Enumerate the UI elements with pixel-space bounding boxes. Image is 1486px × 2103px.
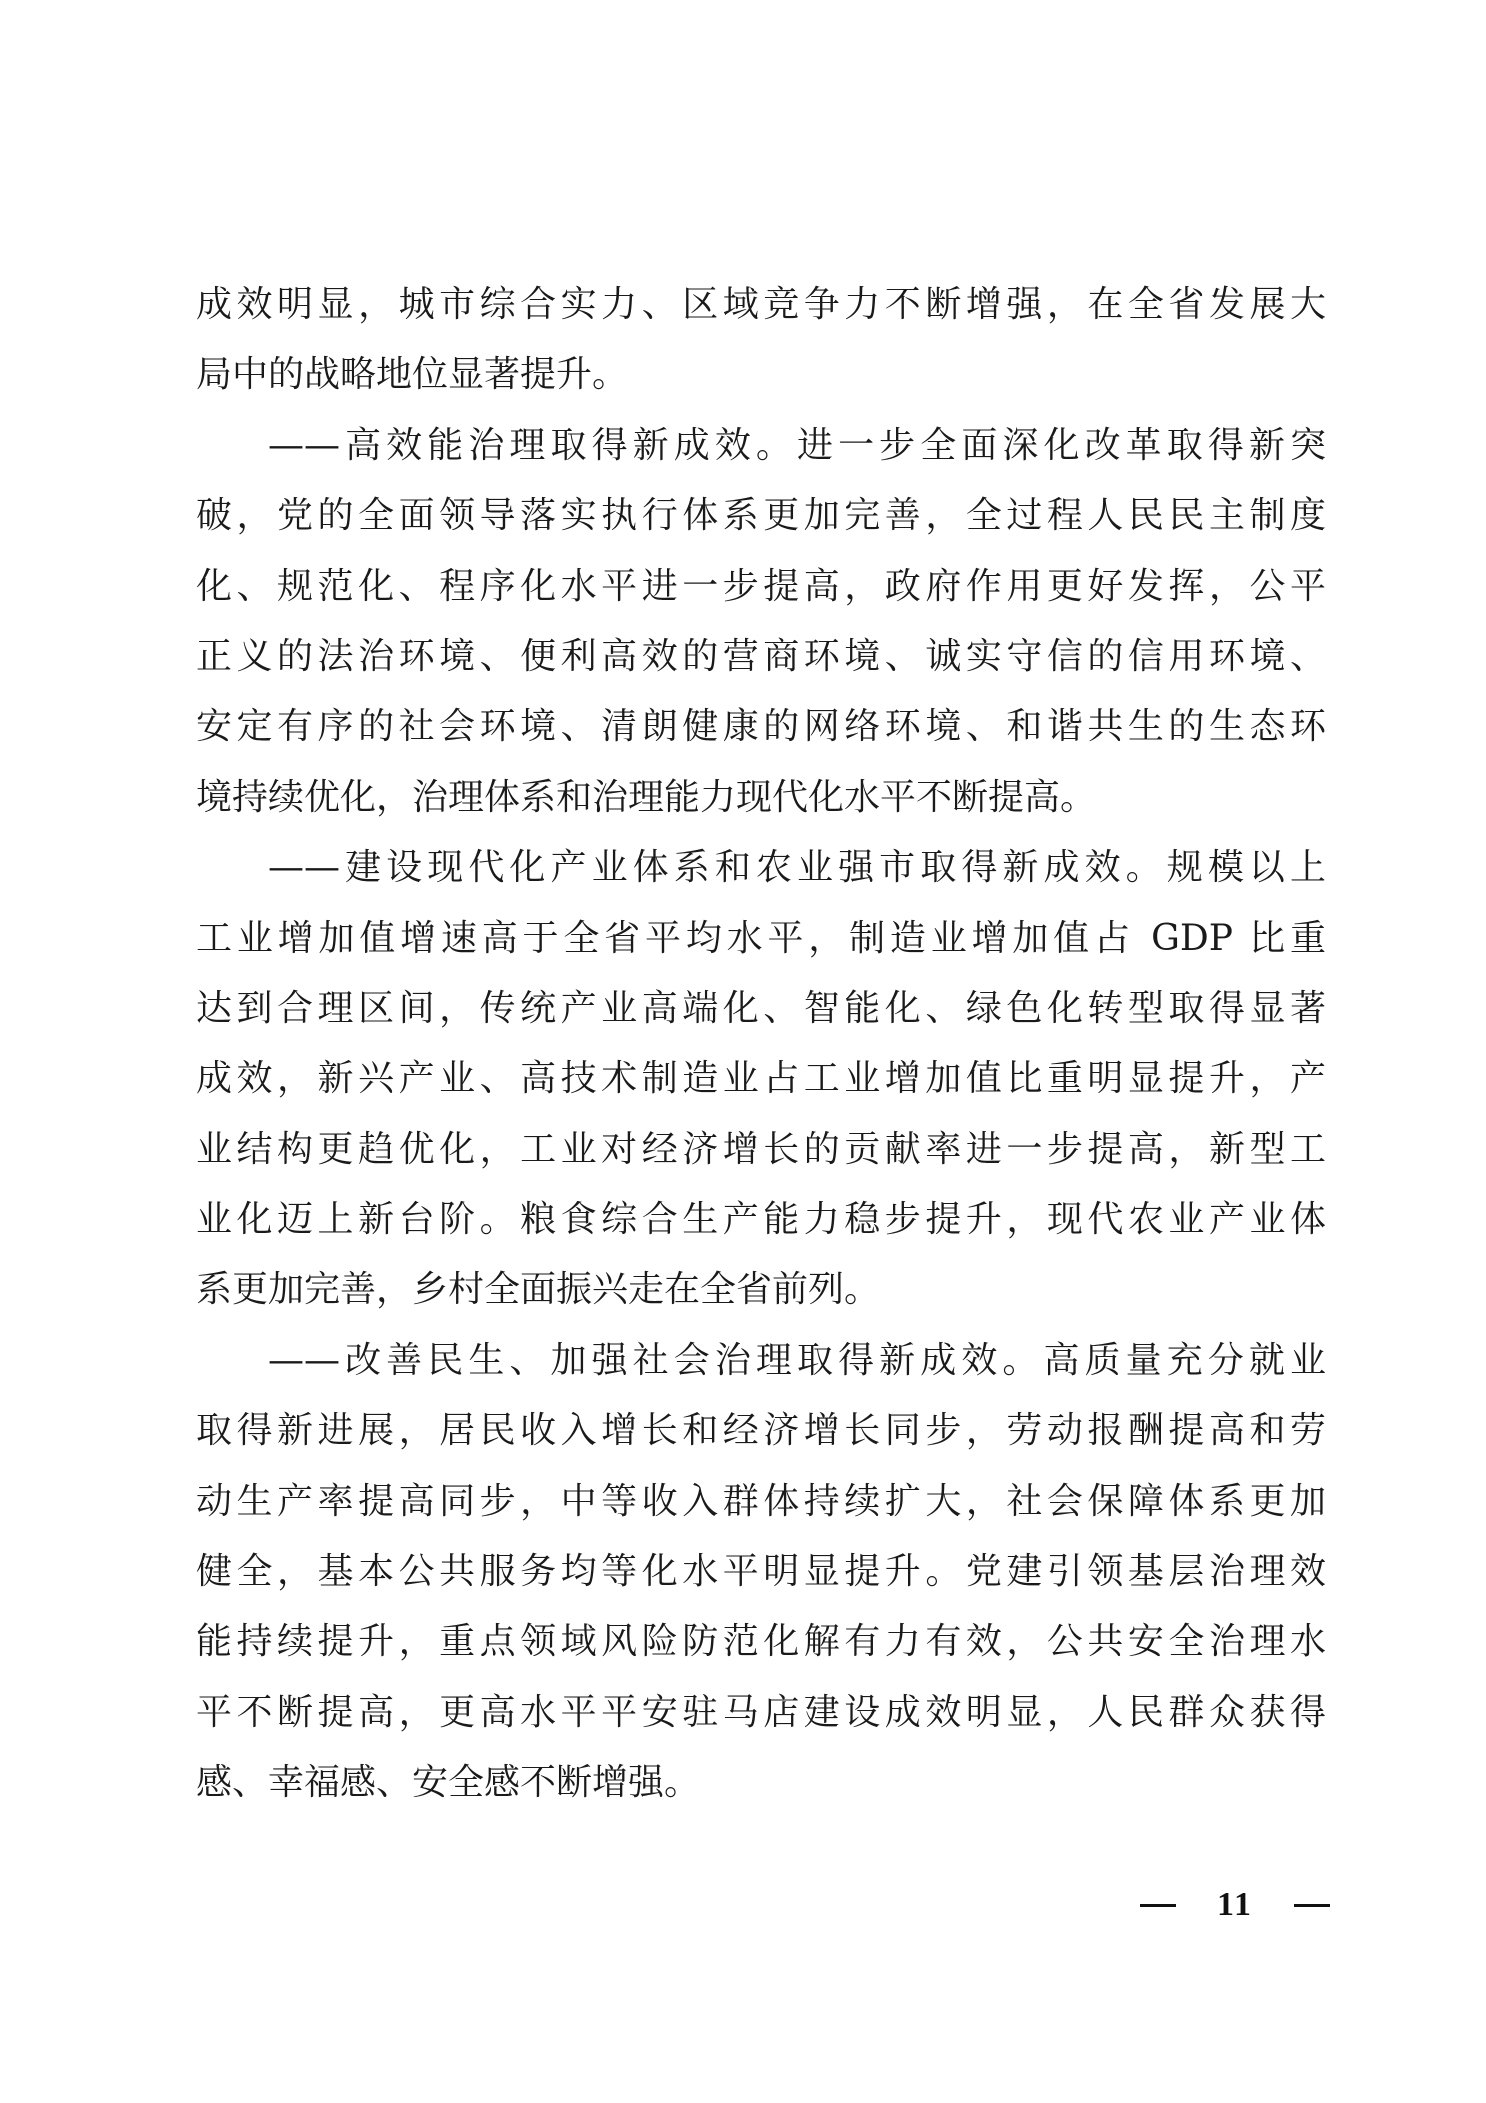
text-line: 健全，基本公共服务均等化水平明显提升。党建引领基层治理效 (196, 1543, 1326, 1613)
text-line: 取得新进展，居民收入增长和经济增长同步，劳动报酬提高和劳 (196, 1402, 1326, 1472)
text-line: 业化迈上新台阶。粮食综合生产能力稳步提升，现代农业产业体 (196, 1191, 1326, 1261)
text-line: 动生产率提高同步，中等收入群体持续扩大，社会保障体系更加 (196, 1473, 1326, 1543)
page-number: 11 (1217, 1886, 1253, 1924)
text-line: 工业增加值增速高于全省平均水平，制造业增加值占 GDP 比重 (196, 910, 1326, 980)
document-body: 成效明显，城市综合实力、区域竞争力不断增强，在全省发展大 局中的战略地位显著提升… (196, 276, 1326, 1825)
text-line: 达到合理区间，传统产业高端化、智能化、绿色化转型取得显著 (196, 980, 1326, 1050)
text-line-section-heading: ——改善民生、加强社会治理取得新成效。高质量充分就业 (196, 1332, 1326, 1402)
text-line: 局中的战略地位显著提升。 (196, 346, 1326, 416)
page-footer: 11 (1140, 1886, 1330, 1924)
document-page: 成效明显，城市综合实力、区域竞争力不断增强，在全省发展大 局中的战略地位显著提升… (0, 0, 1486, 2103)
text-line: 破，党的全面领导落实执行体系更加完善，全过程人民民主制度 (196, 487, 1326, 557)
text-line: 正义的法治环境、便利高效的营商环境、诚实守信的信用环境、 (196, 628, 1326, 698)
text-line: 境持续优化，治理体系和治理能力现代化水平不断提高。 (196, 769, 1326, 839)
text-line: 感、幸福感、安全感不断增强。 (196, 1754, 1326, 1824)
text-line-section-heading: ——高效能治理取得新成效。进一步全面深化改革取得新突 (196, 417, 1326, 487)
text-line: 成效明显，城市综合实力、区域竞争力不断增强，在全省发展大 (196, 276, 1326, 346)
text-line-section-heading: ——建设现代化产业体系和农业强市取得新成效。规模以上 (196, 839, 1326, 909)
dash-right-icon (1294, 1904, 1330, 1907)
text-line: 化、规范化、程序化水平进一步提高，政府作用更好发挥，公平 (196, 558, 1326, 628)
text-line: 安定有序的社会环境、清朗健康的网络环境、和谐共生的生态环 (196, 698, 1326, 768)
text-line: 平不断提高，更高水平平安驻马店建设成效明显，人民群众获得 (196, 1684, 1326, 1754)
text-line: 业结构更趋优化，工业对经济增长的贡献率进一步提高，新型工 (196, 1121, 1326, 1191)
dash-left-icon (1140, 1904, 1176, 1907)
text-line: 系更加完善，乡村全面振兴走在全省前列。 (196, 1261, 1326, 1331)
text-line: 成效，新兴产业、高技术制造业占工业增加值比重明显提升，产 (196, 1050, 1326, 1120)
text-line: 能持续提升，重点领域风险防范化解有力有效，公共安全治理水 (196, 1613, 1326, 1683)
